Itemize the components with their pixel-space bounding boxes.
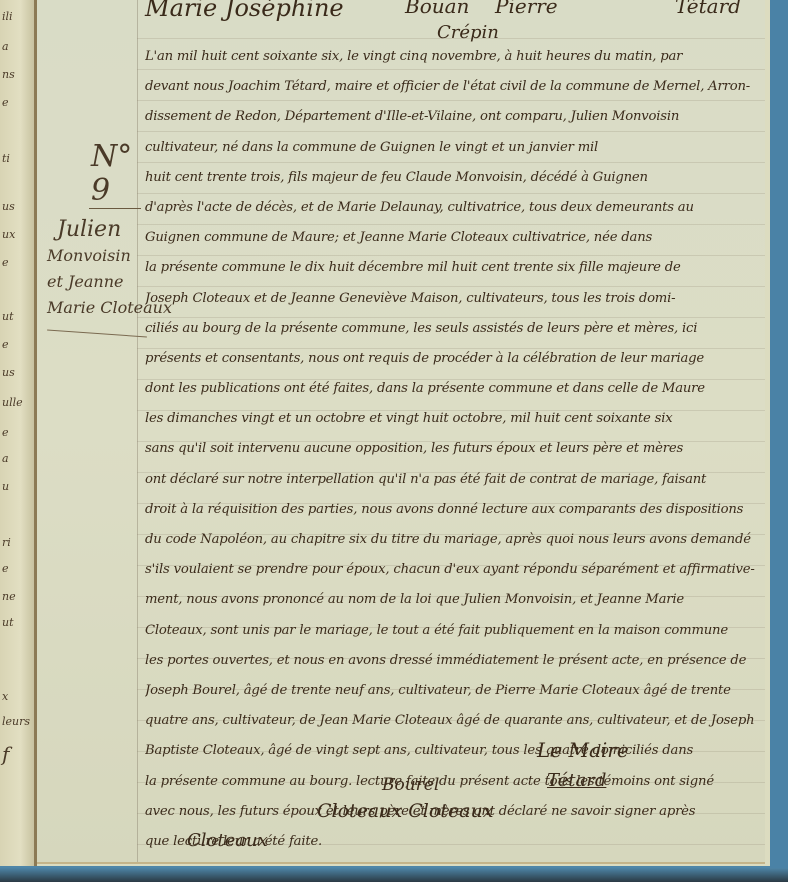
- text-line: dissement de Redon, Département d'Ille-e…: [145, 102, 755, 132]
- left-page-fragment: a: [2, 40, 9, 53]
- signature: Bouan: [405, 0, 469, 18]
- left-page-fragment: ti: [2, 152, 10, 165]
- text-line: sans qu'il soit intervenu aucune opposit…: [145, 434, 755, 464]
- left-page-fragment: ut: [2, 616, 14, 629]
- margin-name: Marie Cloteaux: [47, 295, 137, 321]
- text-line: ont déclaré sur notre interpellation qu'…: [145, 465, 755, 495]
- text-line: les portes ouvertes, et nous en avons dr…: [145, 646, 755, 676]
- left-page-fragment: x: [2, 690, 8, 703]
- left-page-fragment: e: [2, 338, 9, 351]
- text-line: ment, nous avons prononcé au nom de la l…: [145, 585, 755, 615]
- left-page-fragment: ut: [2, 310, 14, 323]
- signature: Tétard: [675, 0, 741, 18]
- text-line: dont les publications ont été faites, da…: [145, 374, 755, 404]
- left-page-fragment: leurs: [2, 715, 30, 728]
- text-line: les dimanches vingt et un octobre et vin…: [145, 404, 755, 434]
- margin-name: Julien: [57, 217, 137, 243]
- text-line: ciliés au bourg de la présente commune, …: [145, 314, 755, 344]
- left-page-fragment: ns: [2, 68, 15, 81]
- left-page-fragment: e: [2, 96, 9, 109]
- left-page-fragment: e: [2, 562, 9, 575]
- margin-name: Monvoisin: [47, 243, 137, 269]
- binding-cover-bottom: [0, 868, 788, 882]
- entry-number: N° 9: [91, 140, 137, 208]
- text-line: Baptiste Cloteaux, âgé de vingt sept ans…: [145, 736, 755, 766]
- left-page-fragment: e: [2, 426, 9, 439]
- text-line: la présente commune le dix huit décembre…: [145, 253, 755, 283]
- text-line: Joseph Cloteaux et de Jeanne Geneviève M…: [145, 284, 755, 314]
- margin-divider: [47, 330, 147, 338]
- left-page-edge: ili a ns e ti us ux e ut e us ulle e a u…: [0, 0, 37, 866]
- left-page-fragment: ri: [2, 536, 11, 549]
- register-page: Marie Joséphine Bouan Pierre Tétard Crép…: [37, 0, 765, 864]
- left-page-fragment: f: [2, 742, 9, 766]
- left-page-fragment: us: [2, 366, 15, 379]
- mayor-signature: Tétard: [547, 770, 606, 791]
- left-page-fragment: e: [2, 256, 9, 269]
- witness-signature-bourel: Bourel: [382, 775, 439, 795]
- text-line: s'ils voulaient se prendre pour époux, c…: [145, 555, 755, 585]
- margin-name: et Jeanne: [47, 269, 137, 295]
- signature: Marie Joséphine: [145, 0, 344, 22]
- text-line: cultivateur, né dans la commune de Guign…: [145, 133, 755, 163]
- text-line: présents et consentants, nous ont requis…: [145, 344, 755, 374]
- witness-signature-cloteaux: Cloteaux Cloteaux: [317, 800, 493, 822]
- left-page-fragment: us: [2, 200, 15, 213]
- text-line: quatre ans, cultivateur, de Jean Marie C…: [145, 706, 755, 736]
- binding-cover-edge: [770, 0, 788, 882]
- left-page-fragment: ux: [2, 228, 15, 241]
- left-page-fragment: a: [2, 452, 9, 465]
- spouse-names: Julien Monvoisin et Jeanne Marie Cloteau…: [47, 217, 137, 321]
- text-line: devant nous Joachim Tétard, maire et off…: [145, 72, 755, 102]
- register-book: ili a ns e ti us ux e ut e us ulle e a u…: [0, 0, 770, 866]
- closing-title-le-maire: Le Maire: [537, 738, 629, 762]
- text-line: du code Napoléon, au chapitre six du tit…: [145, 525, 755, 555]
- left-page-fragment: u: [2, 480, 9, 493]
- left-page-fragment: ne: [2, 590, 16, 603]
- previous-entry-signatures: Marie Joséphine Bouan Pierre Tétard: [145, 0, 765, 20]
- left-page-fragment: ili: [2, 10, 13, 23]
- text-line: Joseph Bourel, âgé de trente neuf ans, c…: [145, 676, 755, 706]
- text-line: Cloteaux, sont unis par le mariage, le t…: [145, 616, 755, 646]
- margin-entry-label: N° 9 Julien Monvoisin et Jeanne Marie Cl…: [47, 140, 137, 334]
- entry-number-underline: [89, 208, 141, 209]
- text-line: droit à la réquisition des parties, nous…: [145, 495, 755, 525]
- witness-signature-cloteaux-2: Cloteaux: [187, 830, 268, 851]
- left-page-fragment: ulle: [2, 396, 23, 409]
- signature: Pierre: [495, 0, 558, 18]
- text-line: d'après l'acte de décès, et de Marie Del…: [145, 193, 755, 223]
- margin-rule: [137, 0, 138, 862]
- annotation-crepin: Crépin: [437, 22, 499, 43]
- text-line: huit cent trente trois, fils majeur de f…: [145, 163, 755, 193]
- text-line: L'an mil huit cent soixante six, le ving…: [145, 42, 755, 72]
- text-line: la présente commune au bourg. lecture fa…: [145, 767, 755, 797]
- marriage-record-text: L'an mil huit cent soixante six, le ving…: [145, 42, 755, 857]
- text-line: Guignen commune de Maure; et Jeanne Mari…: [145, 223, 755, 253]
